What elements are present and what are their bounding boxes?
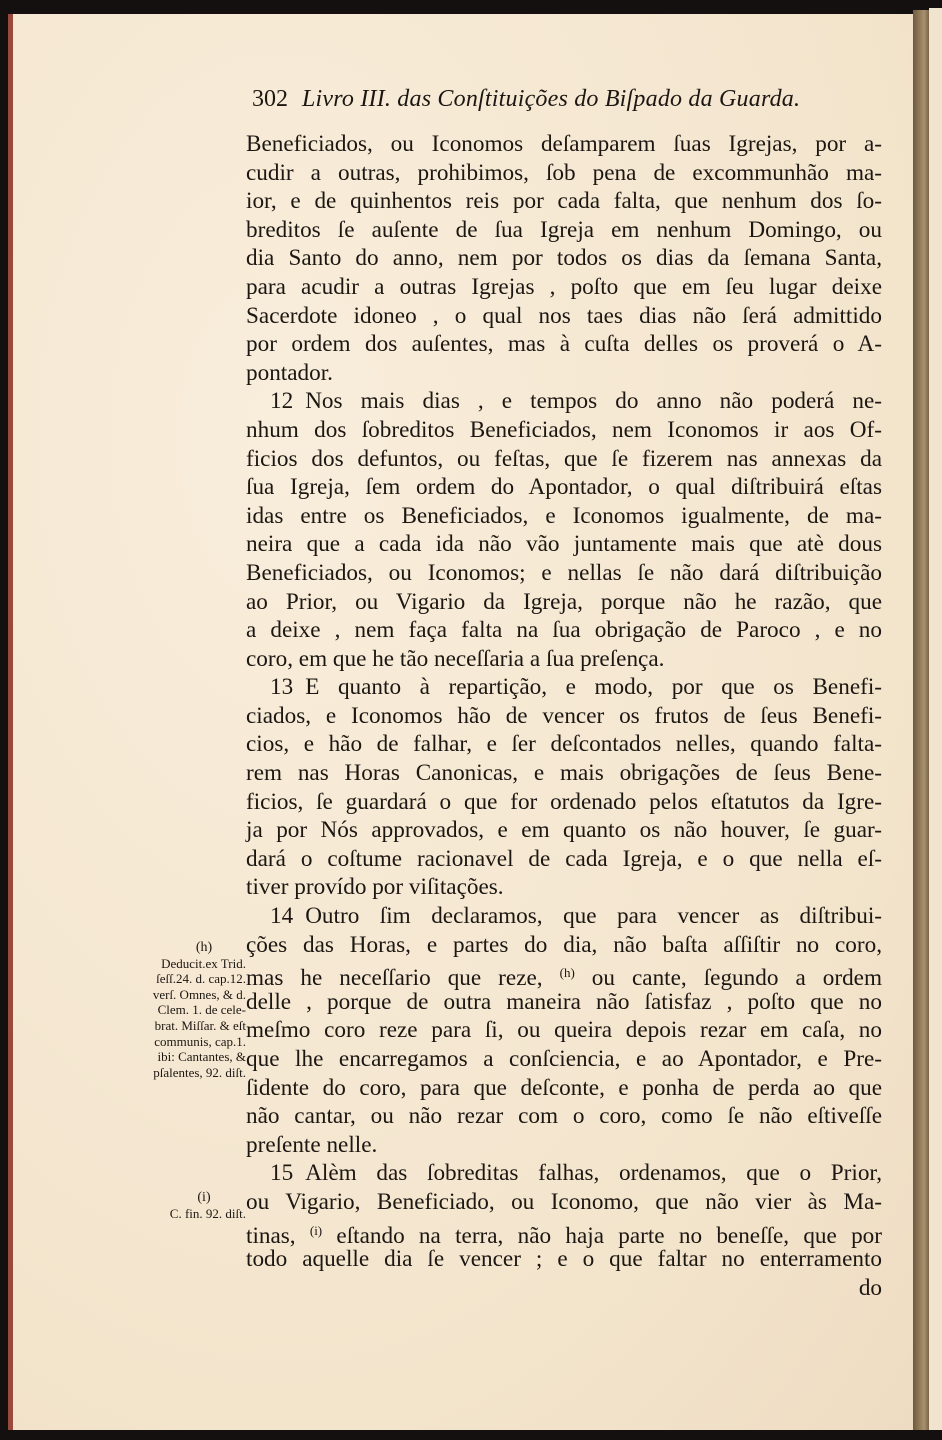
text-line: breditos ſe auſente de ſua Igreja em nen… [246,216,882,245]
text-line: do [246,1274,882,1303]
text-line: ao Prior, ou Vigario da Igreja, porque n… [246,588,882,617]
text-segment: meſmo coro reze para ſi, ou queira depoi… [246,1017,882,1043]
text-segment: para acudir a outras Igrejas , poſto que… [246,274,882,300]
text-segment: do [859,1275,882,1301]
text-line: pontador. [246,359,882,388]
text-line: ções das Horas, e partes do dia, não baſ… [246,931,882,960]
text-line: Sacerdote idoneo , o qual nos taes dias … [246,302,882,331]
text-line: rem nas Horas Canonicas, e mais obrigaçõ… [246,759,882,788]
text-segment: Outro ſim declaramos, que para vencer as… [305,903,882,929]
page-number: 302 [252,86,288,112]
paragraph-number: 14 [270,903,293,929]
note-line: C. fin. 92. diſt. [122,1206,246,1222]
text-segment: ſidente do coro, para que deſconte, e po… [246,1075,882,1101]
text-line: coro, em que he tão neceſſaria a ſua pre… [246,645,882,674]
text-line: Beneficiados, ou Iconomos deſamparem ſua… [246,130,882,159]
text-segment: não cantar, ou não rezar com o coro, com… [246,1103,882,1129]
text-line: ou Vigario, Beneficiado, ou Iconomo, que… [246,1188,882,1217]
text-line: preſente nelle. [246,1131,882,1160]
footnote-reference[interactable]: (h) [560,965,575,980]
text-line: para acudir a outras Igrejas , poſto que… [246,273,882,302]
text-line: não cantar, ou não rezar com o coro, com… [246,1102,882,1131]
text-segment: ao Prior, ou Vigario da Igreja, porque n… [246,589,882,615]
running-head: 302Livro III. das Conſtituições do Biſpa… [252,86,872,113]
text-line: todo aquelle dia ſe vencer ; e o que fal… [246,1245,882,1274]
running-title: Livro III. das Conſtituições do Biſpado … [302,86,800,112]
note-mark: (i) [122,1190,246,1206]
text-line: Beneficiados, ou Iconomos; e nellas ſe n… [246,559,882,588]
text-line: cios, e hão de falhar, e ſer deſcontados… [246,730,882,759]
text-line: neira que a cada ida não vão juntamente … [246,530,882,559]
text-segment: breditos ſe auſente de ſua Igreja em nen… [246,217,882,243]
note-line: Deducit.ex Trid. [122,956,246,972]
text-line: a deixe , nem faça falta na ſua obrigaçã… [246,616,882,645]
text-line: tinas, (i) eſtando na terra, não haja pa… [246,1217,882,1246]
text-segment: tiver provído por viſitações. [246,874,504,900]
text-segment: dará o coſtume racionavel de cada Igreja… [246,846,882,872]
text-segment: nhum dos ſobreditos Beneficiados, nem Ic… [246,417,882,443]
text-line: ciados, e Iconomos hão de vencer os frut… [246,702,882,731]
text-segment: Sacerdote idoneo , o qual nos taes dias … [246,303,882,329]
text-segment: idas entre os Beneficiados, e Iconomos i… [246,503,882,529]
text-segment: todo aquelle dia ſe vencer ; e o que fal… [246,1246,882,1272]
text-segment: ſua Igreja, ſem ordem do Apontador, o qu… [246,474,882,500]
note-line: verſ. Omnes, & d. [122,987,246,1003]
text-line: 13E quanto à repartição, e modo, por que… [246,673,882,702]
text-line: ſua Igreja, ſem ordem do Apontador, o qu… [246,473,882,502]
text-line: ficios dos defuntos, ou feſtas, que ſe f… [246,445,882,474]
text-line: nhum dos ſobreditos Beneficiados, nem Ic… [246,416,882,445]
text-segment: cios, e hão de falhar, e ſer deſcontados… [246,731,882,757]
note-line: ſeſſ.24. d. cap.12. [122,971,246,987]
text-segment: ficios dos defuntos, ou feſtas, que ſe f… [246,446,882,472]
margin-note-i: (i) C. fin. 92. diſt. [122,1190,246,1221]
book-gutter [913,10,929,1430]
paragraph-number: 15 [270,1160,293,1186]
facing-page-edge [929,8,942,1430]
text-line: idas entre os Beneficiados, e Iconomos i… [246,502,882,531]
text-segment: rem nas Horas Canonicas, e mais obrigaçõ… [246,760,882,786]
text-segment: coro, em que he tão neceſſaria a ſua pre… [246,646,664,672]
margin-note-h: (h) Deducit.ex Trid. ſeſſ.24. d. cap.12.… [122,940,246,1080]
text-line: ior, e de quinhentos reis por cada falta… [246,187,882,216]
text-segment: preſente nelle. [246,1132,377,1158]
note-mark: (h) [122,940,246,956]
text-segment: Alèm das ſobreditas falhas, ordenamos, q… [305,1160,882,1186]
text-line: ſidente do coro, para que deſconte, e po… [246,1074,882,1103]
paragraph-number: 12 [270,388,293,414]
text-segment: delle , porque de outra maneira não ſati… [246,989,882,1015]
text-line: por ordem dos auſentes, mas à cuſta dell… [246,330,882,359]
text-segment: por ordem dos auſentes, mas à cuſta dell… [246,331,882,357]
text-line: que lhe encarregamos a conſciencia, e ao… [246,1045,882,1074]
footnote-reference[interactable]: (i) [310,1223,322,1238]
note-line: brat. Miſſar. & eſt [122,1018,246,1034]
text-segment: Nos mais dias , e tempos do anno não pod… [305,388,882,414]
note-line: Clem. 1. de cele- [122,1002,246,1018]
text-segment: a deixe , nem faça falta na ſua obrigaçã… [246,617,882,643]
text-segment: Beneficiados, ou Iconomos; e nellas ſe n… [246,560,882,586]
body-text: Beneficiados, ou Iconomos deſamparem ſua… [246,130,882,1302]
note-line: ibi: Cantantes, & [122,1049,246,1065]
text-segment: ou Vigario, Beneficiado, ou Iconomo, que… [246,1189,882,1215]
text-segment: pontador. [246,360,333,386]
text-segment: ficios, ſe guardará o que for ordenado p… [246,789,882,815]
text-segment: que lhe encarregamos a conſciencia, e ao… [246,1046,882,1072]
text-line: meſmo coro reze para ſi, ou queira depoi… [246,1016,882,1045]
text-line: 15Alèm das ſobreditas falhas, ordenamos,… [246,1159,882,1188]
text-line: ficios, ſe guardará o que for ordenado p… [246,788,882,817]
text-line: ja por Nós approvados, e em quanto os nã… [246,816,882,845]
text-line: cudir a outras, prohibimos, ſob pena de … [246,159,882,188]
text-segment: neira que a cada ida não vão juntamente … [246,531,882,557]
text-segment: ja por Nós approvados, e em quanto os nã… [246,817,882,843]
text-segment: ior, e de quinhentos reis por cada falta… [246,188,882,214]
text-segment: ções das Horas, e partes do dia, não baſ… [246,932,882,958]
text-segment: dia Santo do anno, nem por todos os dias… [246,245,882,271]
text-segment: ciados, e Iconomos hão de vencer os frut… [246,703,882,729]
text-line: 14Outro ſim declaramos, que para vencer … [246,902,882,931]
text-line: dia Santo do anno, nem por todos os dias… [246,244,882,273]
text-segment: E quanto à repartição, e modo, por que o… [305,674,882,700]
text-line: dará o coſtume racionavel de cada Igreja… [246,845,882,874]
text-line: mas he neceſſario que reze, (h) ou cante… [246,959,882,988]
note-line: pſalentes, 92. diſt. [122,1065,246,1081]
text-line: 12Nos mais dias , e tempos do anno não p… [246,387,882,416]
text-segment: cudir a outras, prohibimos, ſob pena de … [246,160,882,186]
text-line: delle , porque de outra maneira não ſati… [246,988,882,1017]
note-line: communis, cap.1. [122,1034,246,1050]
text-line: tiver provído por viſitações. [246,873,882,902]
text-segment: Beneficiados, ou Iconomos deſamparem ſua… [246,131,882,157]
paragraph-number: 13 [270,674,293,700]
